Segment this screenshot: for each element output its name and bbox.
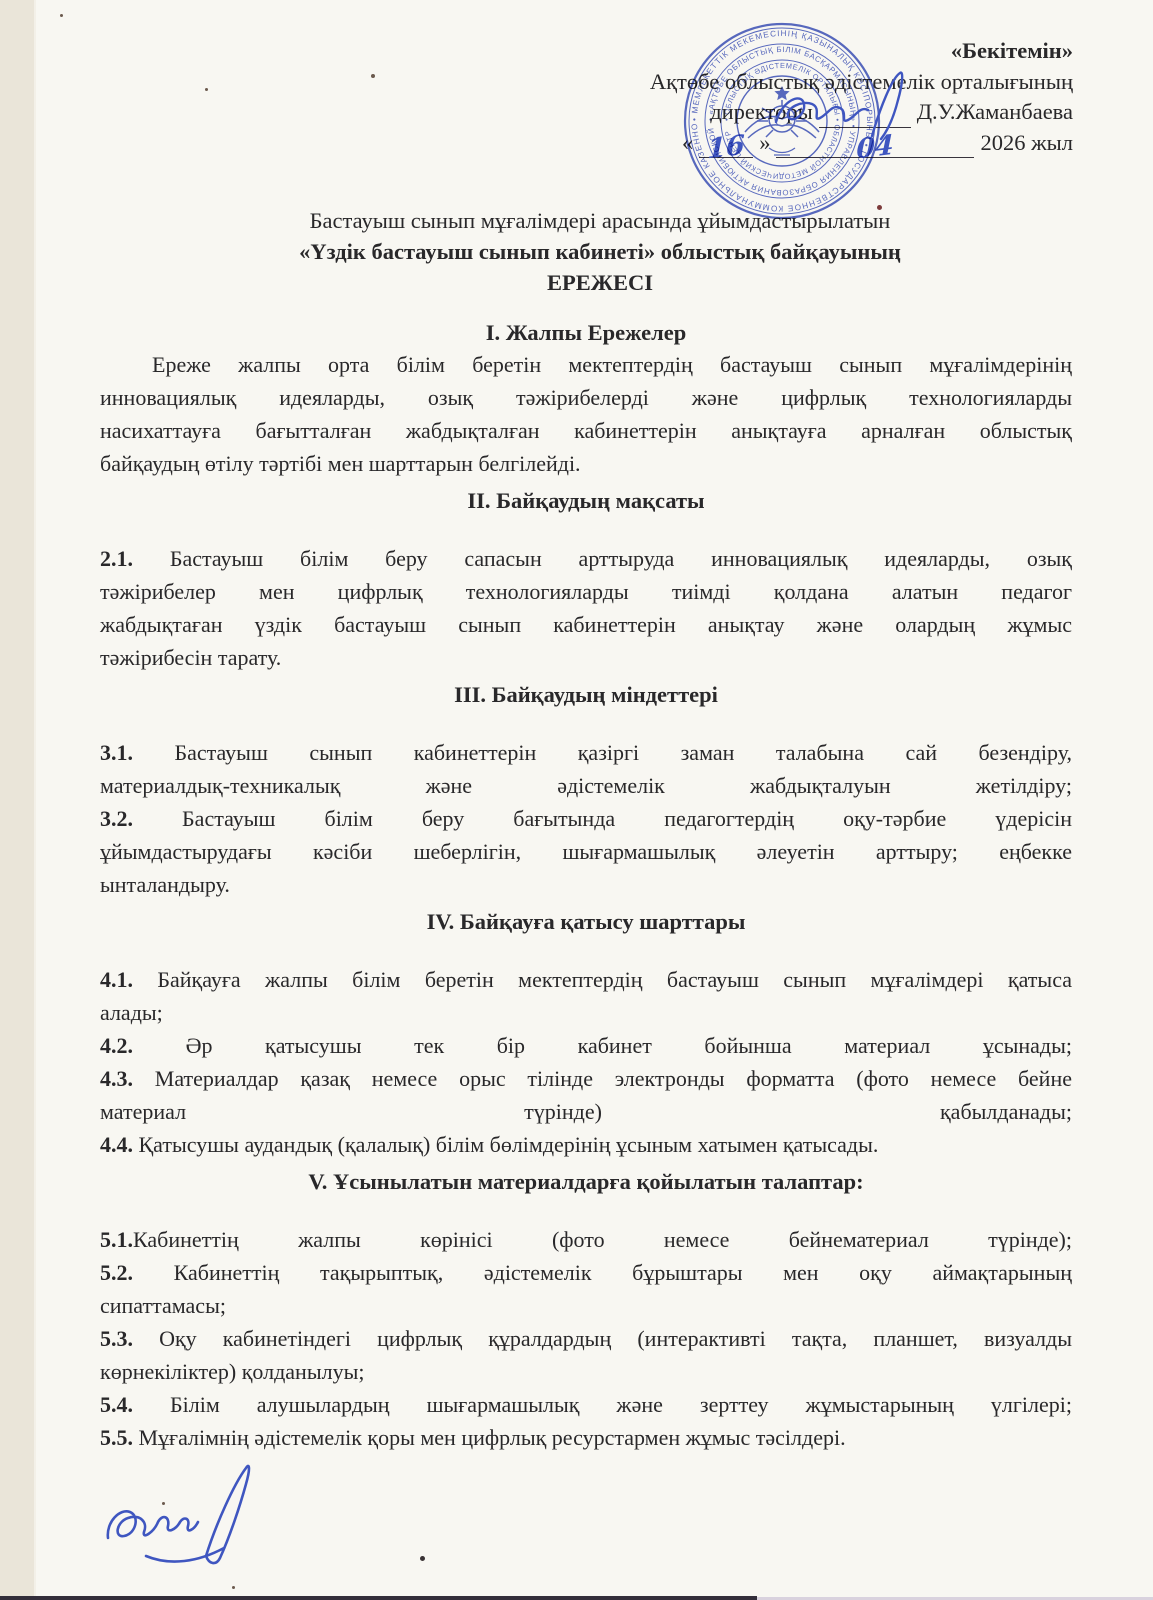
scan-bottom-dark-line — [0, 1596, 757, 1600]
title-line-3: ЕРЕЖЕСІ — [128, 267, 1072, 298]
text-line: 4.2. Әр қатысушы тек бір кабинет бойынша… — [100, 1029, 1072, 1062]
text-line: 4.4. Қатысушы аудандық (қалалық) білім б… — [100, 1128, 1072, 1161]
director-name: Д.У.Жаманбаева — [917, 97, 1073, 128]
text-line: ұйымдастырудағы кәсіби шеберлігін, шығар… — [100, 835, 1072, 868]
item-number: 4.3. — [100, 1066, 133, 1091]
item-number: 5.4. — [100, 1392, 133, 1417]
year-text: 2026 жыл — [980, 128, 1073, 159]
text-line: тәжірибелер мен цифрлық технологияларды … — [100, 575, 1072, 608]
item-number: 5.1. — [100, 1227, 133, 1252]
scan-speck — [205, 88, 208, 91]
section-paragraph: 5.1.Кабинеттің жалпы көрінісі (фото неме… — [100, 1223, 1072, 1454]
item-number: 5.2. — [100, 1260, 133, 1285]
scanned-document-page: { "colors": { "stamp_blue": "#4256bf", "… — [0, 0, 1153, 1600]
director-signature — [768, 70, 928, 150]
item-number: 3.2. — [100, 806, 133, 831]
text-line: тәжірибесін тарату. — [100, 641, 1072, 674]
item-number: 3.1. — [100, 740, 133, 765]
text-line: сипаттамасы; — [100, 1289, 1072, 1322]
item-number: 4.1. — [100, 967, 133, 992]
text-line: 3.1. Бастауыш сынып кабинеттерін қазіргі… — [100, 736, 1072, 769]
section-paragraph: 4.1. Байқауға жалпы білім беретін мектеп… — [100, 963, 1072, 1161]
text-line: инновациялық идеяларды, озық тәжірибелер… — [100, 381, 1072, 414]
text-line: насихаттауға бағытталған жабдықталған ка… — [100, 414, 1072, 447]
text-line: 3.2. Бастауыш білім беру бағытында педаг… — [100, 802, 1072, 835]
section-heading: IV. Байқауға қатысу шарттары — [100, 909, 1072, 935]
section-3: III. Байқаудың міндеттері3.1. Бастауыш с… — [100, 682, 1072, 901]
title-line-1: Бастауыш сынып мұғалімдері арасында ұйым… — [128, 205, 1072, 236]
document-body: Бастауыш сынып мұғалімдері арасында ұйым… — [100, 0, 1072, 1454]
text-line: 4.1. Байқауға жалпы білім беретін мектеп… — [100, 963, 1072, 996]
section-paragraph: Ереже жалпы орта білім беретін мектептер… — [100, 348, 1072, 480]
section-heading: I. Жалпы Ережелер — [100, 320, 1072, 346]
text-line: 2.1. Бастауыш білім беру сапасын арттыру… — [100, 542, 1072, 575]
text-line: көрнекіліктер) қолданылуы; — [100, 1355, 1072, 1388]
scan-speck — [162, 1502, 165, 1505]
text-line: материалдық-техникалық және әдістемелік … — [100, 769, 1072, 802]
section-heading: II. Байқаудың мақсаты — [100, 488, 1072, 514]
text-line: 5.5. Мұғалімнің әдістемелік қоры мен циф… — [100, 1421, 1072, 1454]
section-1: I. Жалпы ЕрежелерЕреже жалпы орта білім … — [100, 320, 1072, 480]
text-line: алады; — [100, 996, 1072, 1029]
title-line-2: «Үздік бастауыш сынып кабинеті» облыстық… — [128, 236, 1072, 267]
scan-speck — [371, 74, 375, 78]
scan-left-edge — [0, 0, 36, 1600]
section-paragraph: 2.1. Бастауыш білім беру сапасын арттыру… — [100, 542, 1072, 674]
section-5: V. Ұсынылатын материалдарға қойылатын та… — [100, 1169, 1072, 1454]
text-line: материал түрінде) қабылданады; — [100, 1095, 1072, 1128]
section-4: IV. Байқауға қатысу шарттары4.1. Байқауғ… — [100, 909, 1072, 1161]
item-number: 4.4. — [100, 1132, 133, 1157]
text-line: 5.1.Кабинеттің жалпы көрінісі (фото неме… — [100, 1223, 1072, 1256]
text-line: байқаудың өтілу тәртібі мен шарттарын бе… — [100, 447, 1072, 480]
footer-signature — [94, 1458, 284, 1578]
scan-speck — [420, 1556, 425, 1561]
text-line: ынталандыру. — [100, 868, 1072, 901]
text-line: Ереже жалпы орта білім беретін мектептер… — [100, 348, 1072, 381]
sections-container: I. Жалпы ЕрежелерЕреже жалпы орта білім … — [100, 320, 1072, 1454]
item-number: 5.3. — [100, 1326, 133, 1351]
section-2: II. Байқаудың мақсаты2.1. Бастауыш білім… — [100, 488, 1072, 674]
item-number: 4.2. — [100, 1033, 133, 1058]
section-heading: III. Байқаудың міндеттері — [100, 682, 1072, 708]
text-line: 5.3. Оқу кабинетіндегі цифрлық құралдард… — [100, 1322, 1072, 1355]
text-line: жабдықтаған үздік бастауыш сынып кабинет… — [100, 608, 1072, 641]
section-heading: V. Ұсынылатын материалдарға қойылатын та… — [100, 1169, 1072, 1195]
text-line: 5.4. Білім алушылардың шығармашылық және… — [100, 1388, 1072, 1421]
section-paragraph: 3.1. Бастауыш сынып кабинеттерін қазіргі… — [100, 736, 1072, 901]
scan-speck — [877, 205, 882, 210]
item-number: 2.1. — [100, 546, 133, 571]
scan-speck — [232, 1586, 235, 1589]
text-line: 5.2. Кабинеттің тақырыптық, әдістемелік … — [100, 1256, 1072, 1289]
scan-speck — [60, 14, 63, 17]
item-number: 5.5. — [100, 1425, 133, 1450]
text-line: 4.3. Материалдар қазақ немесе орыс тілін… — [100, 1062, 1072, 1095]
